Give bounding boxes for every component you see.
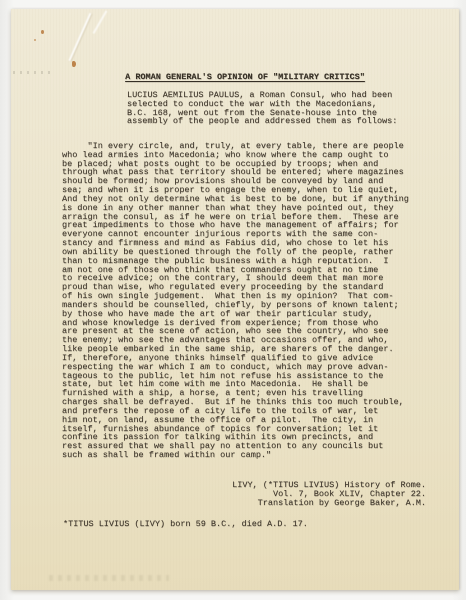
citation-block: LIVY, (*TITUS LIVIUS) History of Rome. V…	[232, 481, 426, 507]
footnote: *TITUS LIVIUS (LIVY) born 59 B.C., died …	[63, 520, 308, 529]
document-title: A ROMAN GENERAL'S OPINION OF "MILITARY C…	[125, 72, 365, 82]
speech-body: "In every circle, and, truly, at every t…	[62, 142, 409, 460]
title-row: A ROMAN GENERAL'S OPINION OF "MILITARY C…	[21, 66, 466, 84]
document-page: A ROMAN GENERAL'S OPINION OF "MILITARY C…	[11, 9, 459, 590]
paper-crease-small	[93, 10, 107, 33]
foxing-spot	[34, 39, 36, 41]
introduction-paragraph: LUCIUS AEMILIUS PAULUS, a Roman Consul, …	[127, 91, 397, 126]
foxing-spot	[41, 30, 44, 34]
ink-bleed-through	[49, 575, 169, 581]
scan-background: A ROMAN GENERAL'S OPINION OF "MILITARY C…	[0, 0, 466, 600]
paper-crease	[69, 13, 92, 61]
